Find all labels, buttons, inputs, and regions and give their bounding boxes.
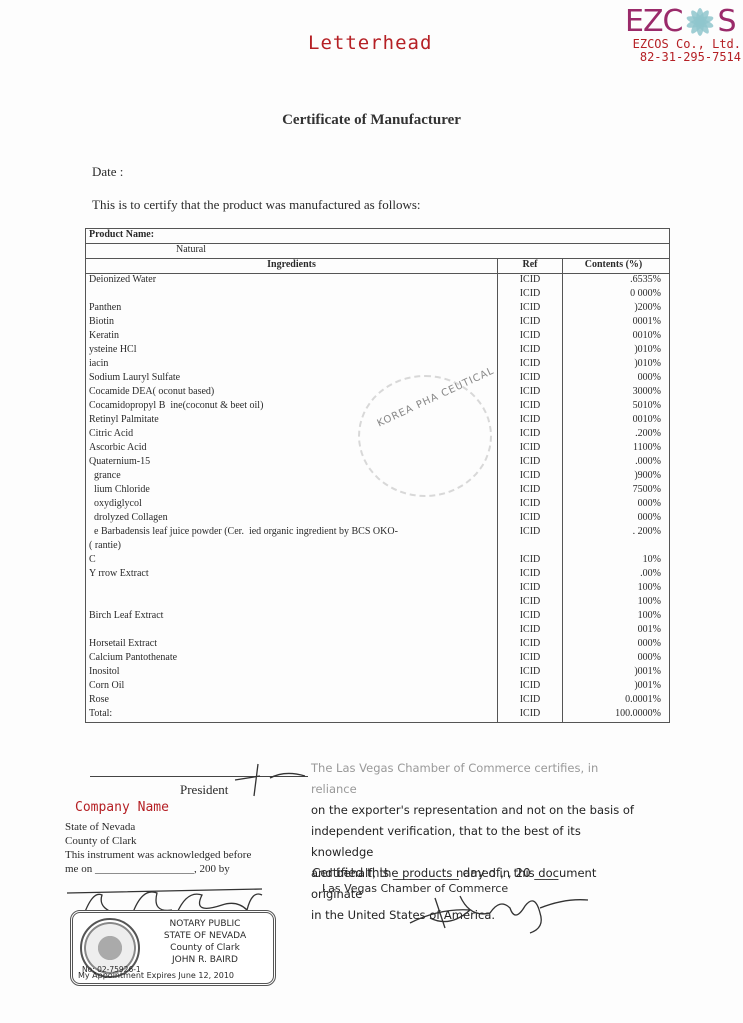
ingredient-ref: ICID [498,316,563,330]
ingredient-content: 0 000% [563,288,670,302]
ingredient-content: .00% [563,568,670,582]
ingredient-name [86,624,498,638]
ingredient-name: Panthen [86,302,498,316]
ingredient-ref: ICID [498,582,563,596]
ingredient-name: Inositol [86,666,498,680]
ingredient-ref: ICID [498,372,563,386]
chamber-signature [400,888,590,938]
letterhead-label: Letterhead [308,32,432,54]
logo-mark: EZC S [625,6,741,38]
table-row: lium ChlorideICID7500% [86,484,670,498]
notary-seal-text: NOTARY PUBLIC STATE OF NEVADA County of … [140,918,270,966]
ingredient-ref: ICID [498,330,563,344]
ingredient-ref: ICID [498,624,563,638]
ingredient-content: 1100% [563,442,670,456]
ingredient-content: 100% [563,596,670,610]
table-row: Y rrow ExtractICID.00% [86,568,670,582]
ingredient-content: . 200% [563,526,670,540]
ingredient-content: )200% [563,302,670,316]
ingredient-ref: ICID [498,456,563,470]
ingredient-content: 100% [563,610,670,624]
ingredient-name: C [86,554,498,568]
table-row: Sodium Lauryl SulfateICID000% [86,372,670,386]
ingredient-content: 10% [563,554,670,568]
ingredient-name: Keratin [86,330,498,344]
ingredient-ref [498,540,563,554]
ingredient-content: 001% [563,624,670,638]
ingredient-name: Total: [86,708,498,723]
ingredient-content: 000% [563,512,670,526]
table-row: KeratinICID0010% [86,330,670,344]
ingredient-ref: ICID [498,358,563,372]
ingredient-content: 000% [563,652,670,666]
ingredient-ref: ICID [498,484,563,498]
ingredient-content: 0010% [563,330,670,344]
ingredient-ref: ICID [498,498,563,512]
ingredient-ref: ICID [498,554,563,568]
ingredient-ref: ICID [498,344,563,358]
president-label: President [180,782,228,798]
table-row: PanthenICID)200% [86,302,670,316]
ingredient-content: .000% [563,456,670,470]
table-row: Corn OilICID)001% [86,680,670,694]
ingredient-content: )001% [563,666,670,680]
table-row: RoseICID0.0001% [86,694,670,708]
table-row: InositolICID)001% [86,666,670,680]
table-row: Birch Leaf ExtractICID100% [86,610,670,624]
header-ref: Ref [498,259,563,274]
company-name-label: Company Name [75,800,169,815]
product-name-value: Natural [86,244,670,259]
company-phone: 82-31-295-7514 [625,51,741,64]
ingredient-name: Rose [86,694,498,708]
ingredient-content: 000% [563,372,670,386]
ingredient-content: )010% [563,344,670,358]
ingredient-content: 100% [563,582,670,596]
ingredient-ref: ICID [498,568,563,582]
ingredient-ref: ICID [498,274,563,289]
ingredient-name: Biotin [86,316,498,330]
ingredient-ref: ICID [498,666,563,680]
notary-acknowledgement: State of Nevada County of Clark This ins… [65,820,251,876]
ingredient-name: Horsetail Extract [86,638,498,652]
ingredient-content: )900% [563,470,670,484]
ingredient-name: Corn Oil [86,680,498,694]
ingredient-content: 000% [563,638,670,652]
ingredient-ref: ICID [498,708,563,723]
ingredient-ref: ICID [498,470,563,484]
ingredient-ref: ICID [498,400,563,414]
date-label: Date : [92,164,123,180]
logo-text-right: S [717,6,735,38]
ingredient-ref: ICID [498,386,563,400]
logo-text-left: EZC [625,6,682,38]
ingredient-name: Birch Leaf Extract [86,610,498,624]
table-row: oxydiglycolICID000% [86,498,670,512]
ingredient-content: 0.0001% [563,694,670,708]
ingredient-content: 3000% [563,386,670,400]
ingredient-content [563,540,670,554]
ingredient-content: )001% [563,680,670,694]
ingredient-name: Y rrow Extract [86,568,498,582]
ingredient-name: e Barbadensis leaf juice powder (Cer. ie… [86,526,498,540]
page-title: Certificate of Manufacturer [0,112,743,129]
ingredient-name: iacin [86,358,498,372]
ingredient-ref: ICID [498,680,563,694]
ingredient-content: 0001% [563,316,670,330]
header-ingredients: Ingredients [86,259,498,274]
table-row: Deionized WaterICID.6535% [86,274,670,289]
header-contents: Contents (%) [563,259,670,274]
table-row: iacinICID)010% [86,358,670,372]
table-row: ICID100% [86,596,670,610]
president-signature [230,762,310,798]
ingredient-content: )010% [563,358,670,372]
ingredient-content: 000% [563,498,670,512]
table-row: BiotinICID0001% [86,316,670,330]
ingredient-content: 0010% [563,414,670,428]
ingredient-name: Calcium Pantothenate [86,652,498,666]
table-row: ICID100% [86,582,670,596]
ingredient-name: ( rantie) [86,540,498,554]
ingredient-ref: ICID [498,694,563,708]
table-row: Horsetail ExtractICID000% [86,638,670,652]
certify-statement: This is to certify that the product was … [92,197,421,213]
ingredient-content: 7500% [563,484,670,498]
official-stamp [358,375,492,497]
ingredient-name: ysteine HCl [86,344,498,358]
table-row: Total:ICID100.0000% [86,708,670,723]
ingredient-content: 5010% [563,400,670,414]
table-row: ICID0 000% [86,288,670,302]
ingredient-name: oxydiglycol [86,498,498,512]
table-row: ( rantie) [86,540,670,554]
ingredient-ref: ICID [498,638,563,652]
ingredient-name: Deionized Water [86,274,498,289]
ingredient-ref: ICID [498,652,563,666]
ingredient-name [86,288,498,302]
ingredient-ref: ICID [498,526,563,540]
ingredient-name [86,582,498,596]
flower-icon [683,7,717,37]
ingredient-name: drolyzed Collagen [86,512,498,526]
ingredient-ref: ICID [498,414,563,428]
ingredient-ref: ICID [498,442,563,456]
ingredient-ref: ICID [498,288,563,302]
table-row: Calcium PantothenateICID000% [86,652,670,666]
table-row: ICID001% [86,624,670,638]
ingredient-ref: ICID [498,596,563,610]
ingredient-content: 100.0000% [563,708,670,723]
ingredient-content: .200% [563,428,670,442]
table-row: ysteine HClICID)010% [86,344,670,358]
product-name-label: Product Name: [86,229,670,244]
ingredient-ref: ICID [498,302,563,316]
ingredient-name [86,596,498,610]
ingredient-ref: ICID [498,428,563,442]
ingredient-ref: ICID [498,512,563,526]
company-logo: EZC S EZCOS Co., Ltd. 82-31-295-7514 [625,6,741,64]
certified-date-line: Certified this ___________ day of, , 20 … [312,866,558,880]
notary-expiration: My Appointment Expires June 12, 2010 [78,971,234,980]
table-row: drolyzed CollagenICID000% [86,512,670,526]
table-row: CICID10% [86,554,670,568]
table-row: e Barbadensis leaf juice powder (Cer. ie… [86,526,670,540]
ingredient-ref: ICID [498,610,563,624]
ingredient-content: .6535% [563,274,670,289]
